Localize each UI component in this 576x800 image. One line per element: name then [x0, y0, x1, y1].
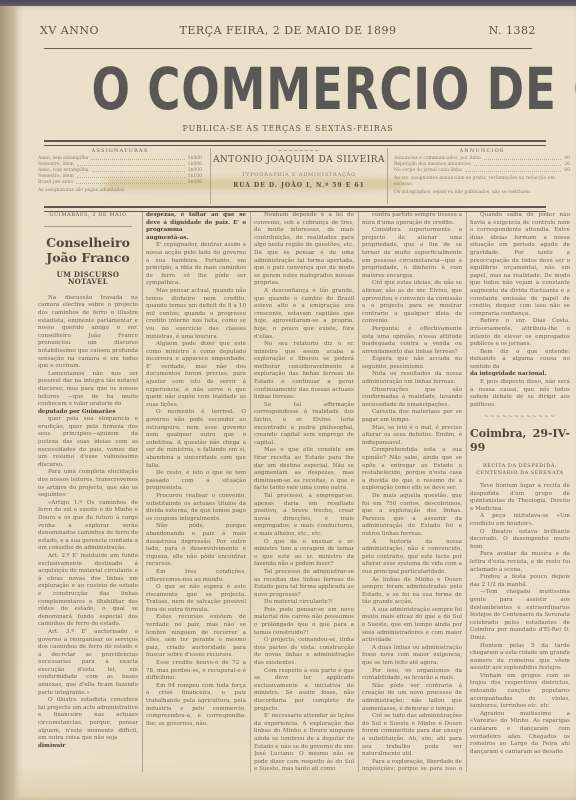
publisher-box: ~~~~~~~~ ANTONIO JOAQUIM DA SILVEIRA TYP… — [210, 148, 388, 204]
paragraph: Teve hontem logar a recita de despedida … — [470, 483, 570, 513]
paragraph: As linhas de Minho e Douro sempre foram … — [362, 577, 462, 607]
paragraph: O momento é terrivel. O governo não pode… — [146, 409, 246, 470]
article-body: Nenhum depende é a lei do convenio, sob … — [254, 212, 354, 772]
section-body: Teve hontem logar a recita de despedida … — [470, 483, 570, 756]
column-1: GUIMARÃES, 2 DE MAIO Conselheiro João Fr… — [38, 212, 138, 772]
column-divider — [358, 212, 359, 772]
paragraph: A historia da nossa administração, não é… — [362, 539, 462, 577]
paragraph: Se tal affirmação correspondesse á reali… — [254, 402, 354, 448]
paragraph: Hontem pelas 5 da tarde chegaram a esta … — [470, 643, 570, 673]
paragraph: Mas, se isto é o mal, é preciso alterar … — [362, 425, 462, 448]
paragraph: «Artigo 1.º Os caminhos de ferro do sul … — [38, 500, 138, 553]
paragraph: A sua administração sempre foi muito mai… — [362, 607, 462, 645]
article-body: Quando saiba do poder não havia a exigen… — [470, 212, 570, 409]
paragraph: O theatro estava brilhante decorado. O d… — [470, 529, 570, 552]
editor-name: ANTONIO JOAQUIM DA SILVEIRA — [211, 155, 387, 165]
paragraph: De resto, é isto o que se tem passado co… — [146, 470, 246, 493]
leader-dots — [474, 162, 562, 166]
leader-dots — [465, 168, 562, 172]
local-dateline: GUIMARÃES, 2 DE MAIO — [38, 212, 138, 220]
section-ornament: ~~~~~~~~~~~~ — [470, 413, 570, 421]
issue-number: N. 1382 — [489, 24, 536, 37]
paragraph: quer pela sua eloquencia e erudição, que… — [38, 416, 138, 469]
leader-dots — [91, 156, 184, 160]
paragraph: Alguem pode dizer que este como ministro… — [146, 341, 246, 409]
paragraph: Lamentamos não nos ser possivel dar na i… — [38, 371, 138, 409]
price-row: No corpo do jornal cada linha60 — [394, 168, 570, 174]
paragraph: Refere o snr. Dias Costa, irrisoriamente… — [470, 318, 570, 348]
paragraph: Mas pensar actual, quando não temos dinh… — [146, 288, 246, 341]
paragraph: Não pôde ser contraria á creação de um n… — [362, 683, 462, 713]
paragraph: Art. 2.º E' instituido um fundo exclusiv… — [38, 553, 138, 629]
paragraph: Com respeito á sua parte é que se deve t… — [254, 668, 354, 714]
paragraph: O que de o ensinar o sr. ministro tem a … — [254, 539, 354, 569]
paragraph: A peça intitulava-se «Um conflicto em bo… — [470, 513, 570, 528]
price-value: 60 — [564, 168, 570, 174]
article-body: Na discussão travada na camara electiva … — [38, 295, 138, 751]
paragraph: O projecto, comandou-se, tinha dois part… — [254, 637, 354, 667]
advertisements-note-2: Os autographos, sejam ou não publicados,… — [394, 190, 570, 196]
issue-date: TERÇA FEIRA, 2 DE MAIO DE 1899 — [26, 24, 550, 37]
paragraph: augmentá-as. — [146, 235, 246, 243]
paragraph: Quando saiba do poder não havia a exigen… — [470, 212, 570, 318]
paragraph: Mas o que elle consiste em tirar receita… — [254, 447, 354, 493]
paragraph: —Tem chegado muitissima gente para assis… — [470, 589, 570, 642]
article-body: despezas, é faltar ao que se deve á dign… — [146, 212, 246, 728]
paragraph: A duas linhas ou administração fosse nov… — [362, 645, 462, 668]
paragraph: Estes recursos existem de verdade no pai… — [146, 614, 246, 660]
dateline-rule — [44, 226, 132, 227]
correspondence-dateline: Coimbra, 29-IV-99 — [470, 427, 570, 455]
paragraph: Comprehendida esta a sua opinião? Não sa… — [362, 447, 462, 493]
paragraph: Tal processo, a empregar-se, apenas dari… — [254, 493, 354, 539]
paragraph: contra partido sempre tivesse a mira d'u… — [362, 212, 462, 227]
page-shadow — [14, 764, 576, 800]
leader-dots — [76, 180, 184, 184]
paragraph: da integridade nacional. — [470, 371, 570, 379]
article-columns: GUIMARÃES, 2 DE MAIO Conselheiro João Fr… — [38, 212, 552, 772]
paragraph: E' repugnador, dentrar assim a nossa acç… — [146, 242, 246, 288]
masthead-rule — [44, 140, 546, 146]
paragraph: Para uma completa elucidação dos nossos … — [38, 469, 138, 499]
paragraph: No seu relatorio diz o sr. ministro que … — [254, 341, 354, 402]
paragraph: Carestia dos materiaes por se pagar em t… — [362, 409, 462, 424]
paragraph: deputado por Guimarães — [38, 409, 138, 417]
column-divider — [142, 212, 143, 772]
paragraph: Agradou muitissimo a «Vareira» do Minho.… — [470, 711, 570, 757]
column-divider — [250, 212, 251, 772]
paragraph: Na discussão travada na camara electiva … — [38, 295, 138, 371]
ornament: ~~~~~~~~ — [211, 148, 387, 154]
price-value: 3$000 — [188, 180, 202, 186]
paragraph: Considera superiormente o projecto de al… — [362, 227, 462, 280]
article-body: contra partido sempre tivesse a mira d'u… — [362, 212, 462, 772]
info-band: ASSIGNATURAS Anno, sem estampilha1$800Se… — [38, 148, 548, 204]
paragraph: Esse credito houve-o de 72 a 78, mas per… — [146, 660, 246, 683]
subscriptions-box: ASSIGNATURAS Anno, sem estampilha1$800Se… — [38, 148, 202, 204]
top-rule — [44, 48, 532, 49]
subscriptions-note: As assignaturas são pagas adiantadas — [38, 188, 202, 194]
office-address: RUA DE D. JOÃO I, N.º 59 E 61 — [211, 182, 387, 189]
paragraph: Em tres condições, offerecemos-nos ao mu… — [146, 569, 246, 584]
publication-schedule: PUBLICA-SE ÁS TERÇAS E SEXTAS-FEIRAS — [0, 124, 576, 133]
paragraph: Por isso, os organismos da contabilidade… — [362, 668, 462, 683]
paragraph: A desconfiança é tão grande, que quando … — [254, 288, 354, 341]
column-divider — [466, 212, 467, 772]
column-2: despezas, é faltar ao que se deve á dign… — [146, 212, 246, 772]
advertisements-box: ANNUNCIOS Annuncios e communicados, por … — [394, 148, 570, 204]
paragraph: Bem diz o que entende: deixando a alguma… — [470, 349, 570, 372]
paragraph: Tal processo de administrar-se as receit… — [254, 569, 354, 599]
paragraph: diminuir — [38, 743, 138, 751]
column-5: Quando saiba do poder não havia a exigen… — [470, 212, 570, 772]
column-4: contra partido sempre tivesse a mira d'u… — [362, 212, 462, 772]
advertisements-heading: ANNUNCIOS — [394, 148, 570, 154]
paragraph: Findou a festa pouco depois das 2 1/2 da… — [470, 574, 570, 589]
leader-dots — [77, 162, 185, 166]
paragraph: Espera que não accuda no seguinte, pessi… — [362, 356, 462, 371]
office-label: TYPOGRAPHIA E ADMINISTRAÇÃO — [211, 172, 387, 178]
dateline-bar: XV ANNO TERÇA FEIRA, 2 DE MAIO DE 1899 N… — [26, 24, 550, 42]
article-subhead: UM DISCURSO NOTAVEL — [38, 271, 138, 286]
paragraph: Crê que estas ideias, de não se alienar,… — [362, 280, 462, 326]
paragraph: E pois disposto disso, não será a nossa … — [470, 379, 570, 409]
newspaper-title: O COMMERCIO DE GUIMARÃES — [91, 56, 484, 122]
paragraph: O illustre estadista considera tal proje… — [38, 697, 138, 743]
price-label: No corpo do jornal cada linha — [394, 168, 462, 174]
leader-dots — [77, 174, 185, 178]
paragraph: Crê se tudo das administrações do Sul e … — [362, 713, 462, 759]
paragraph: Vinham em grupos com os trajos dos respe… — [470, 673, 570, 711]
column-3: Nenhum depende é a lei do convenio, sob … — [254, 212, 354, 772]
advertisements-note: Ao srs. assignantes annunciam-se gratis,… — [394, 176, 570, 188]
subscriptions-heading: ASSIGNATURAS — [38, 148, 202, 154]
section-heading: RECITA DA DESPEDIDA: CENTENARIO DA SEREN… — [470, 463, 570, 477]
paragraph: De mais aquella questão, que foi em 750 … — [362, 493, 462, 539]
paragraph: Não pôde, porque abandonando o paiz á ma… — [146, 523, 246, 569]
paragraph: Em 94 rompeu com toda força a crise fina… — [146, 683, 246, 729]
paragraph: Art. 3.º E' auctorisado o governo a reor… — [38, 629, 138, 697]
paragraph: Pergunta: é effectivamente esta uma opin… — [362, 326, 462, 356]
paragraph: despezas, é faltar ao que se deve á dign… — [146, 212, 246, 235]
paragraph: Nota os resultados da nossa administraçã… — [362, 371, 462, 386]
leader-dots — [484, 156, 561, 160]
paragraph: O que se não espera é este riscamento qu… — [146, 584, 246, 614]
price-label: Brazil por anno — [38, 180, 73, 186]
paragraph: Para avaliar da musica e da lettra d'est… — [470, 551, 570, 574]
paragraph: Nenhum depende é a lei do convenio, sob … — [254, 212, 354, 288]
leader-dots — [92, 168, 185, 172]
paragraph: Procurou realisar o convenio, substituin… — [146, 493, 246, 523]
price-row: Brazil por anno3$000 — [38, 180, 202, 186]
paragraph: Pois pode pensar-se em novo material dos… — [254, 607, 354, 637]
paragraph: Observações que são conformadas á realid… — [362, 387, 462, 410]
article-headline: Conselheiro João Franco — [38, 235, 138, 265]
paragraph: Do material circulante?! — [254, 599, 354, 607]
